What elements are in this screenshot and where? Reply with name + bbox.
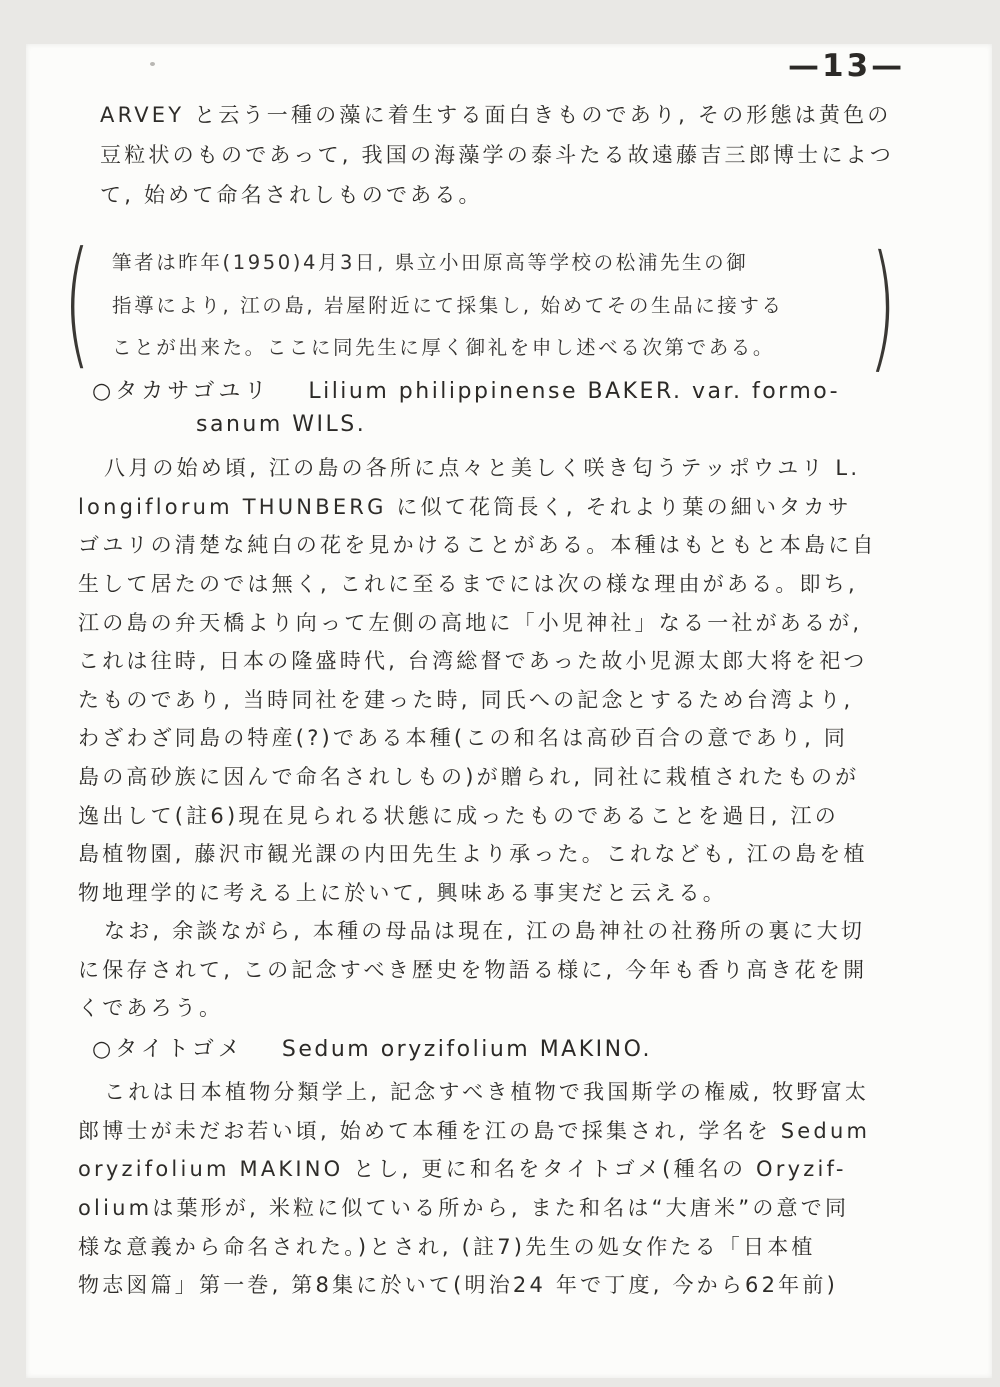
text-line: わざわざ同島の特産(?)である本種(この和名は高砂百合の意であり, 同 <box>78 718 877 757</box>
text-line: oliumは葉形が, 米粒に似ている所から, また和名は“大唐米”の意で同 <box>78 1188 870 1227</box>
text-line: 島植物園, 藤沢市観光課の内田先生より承った。これなども, 江の島を植 <box>78 834 877 873</box>
text-line: 郎博士が未だお若い頃, 始めて本種を江の島で採集され, 学名を Sedum <box>78 1111 870 1150</box>
text-line: 江の島の弁天橋より向って左側の高地に「小児神社」なる一社があるが, <box>78 602 877 641</box>
species-paragraph: これは日本植物分類学上, 記念すべき植物で我国斯学の権威, 牧野富太 郎博士が未… <box>78 1072 870 1304</box>
species-paragraph: 八月の始め頃, 江の島の各所に点々と美しく咲き匂うテッポウユリ L. longi… <box>78 448 877 911</box>
text-line: 八月の始め頃, 江の島の各所に点々と美しく咲き匂うテッポウユリ L. <box>78 448 877 487</box>
text-line: て, 始めて命名されしものである。 <box>100 174 894 214</box>
intro-paragraph: ARVEY と云う一種の藻に着生する面白きものであり, その形態は黄色の 豆粒状… <box>100 94 894 214</box>
author-note-text: 筆者は昨年(1950)4月3日, 県立小田原高等学校の松浦先生の御 指導により,… <box>112 240 784 368</box>
text-line: 筆者は昨年(1950)4月3日, 県立小田原高等学校の松浦先生の御 <box>112 240 784 283</box>
text-line: ゴユリの清楚な純白の花を見かけることがある。本種はもともと本島に自 <box>78 525 877 564</box>
text-line: 物地理学的に考える上に於いて, 興味ある事実だと云える。 <box>78 873 877 912</box>
species-paragraph-aside: なお, 余談ながら, 本種の母品は現在, 江の島神社の社務所の裏に大切 に保存さ… <box>78 911 867 1027</box>
text-line: たものであり, 当時同社を建った時, 同氏への記念とするため台湾より, <box>78 680 877 719</box>
species-japanese-name: ○タカサゴユリ <box>92 374 270 405</box>
page-number: —13— <box>788 48 905 84</box>
text-line: 物志図篇」第一巻, 第8集に於いて(明治24 年で丁度, 今から62年前) <box>78 1265 870 1304</box>
text-line: 様な意義から命名された。)とされ, (註7)先生の処女作たる「日本植 <box>78 1226 870 1265</box>
species-heading: ○タイトゴメ Sedum oryzifolium MAKINO. <box>92 1032 652 1063</box>
text-line: 逸出して(註6)現在見られる状態に成ったものであることを過日, 江の <box>78 795 877 834</box>
scan-speck <box>150 62 155 66</box>
text-line: oryzifolium MAKINO とし, 更に和名をタイトゴメ(種名の Or… <box>78 1149 870 1188</box>
text-line: longiflorum THUNBERG に似て花筒長く, それより葉の細いタカ… <box>78 487 877 526</box>
text-line: ことが出来た。ここに同先生に厚く御礼を申し述べる次第である。 <box>112 325 784 368</box>
open-paren-mark: ( <box>63 234 90 372</box>
text-line: くであろう。 <box>78 988 867 1027</box>
species-latin-name: Sedum oryzifolium MAKINO. <box>282 1037 652 1062</box>
text-line: に保存されて, この記念すべき歴史を物語る様に, 今年も香り高き花を開 <box>78 950 867 989</box>
close-paren-mark: ) <box>868 237 897 377</box>
species-japanese-name: ○タイトゴメ <box>92 1032 244 1063</box>
species-latin-name: Lilium philippinense BAKER. var. formo- <box>308 379 840 404</box>
text-line: ARVEY と云う一種の藻に着生する面白きものであり, その形態は黄色の <box>100 94 894 134</box>
scanned-page: —13— ARVEY と云う一種の藻に着生する面白きものであり, その形態は黄色… <box>0 0 1000 1387</box>
species-latin-name-continued: sanum WILS. <box>196 412 366 437</box>
species-heading: ○タカサゴユリ Lilium philippinense BAKER. var.… <box>92 374 840 405</box>
text-line: これは日本植物分類学上, 記念すべき植物で我国斯学の権威, 牧野富太 <box>78 1072 870 1111</box>
text-line: なお, 余談ながら, 本種の母品は現在, 江の島神社の社務所の裏に大切 <box>78 911 867 950</box>
text-line: 豆粒状のものであって, 我国の海藻学の泰斗たる故遠藤吉三郎博士によつ <box>100 134 894 174</box>
text-line: これは往時, 日本の隆盛時代, 台湾総督であった故小児源太郎大将を祀つ <box>78 641 877 680</box>
text-line: 指導により, 江の島, 岩屋附近にて採集し, 始めてその生品に接する <box>112 283 784 326</box>
text-line: 島の高砂族に因んで命名されしもの)が贈られ, 同社に栽植されたものが <box>78 757 877 796</box>
text-line: 生して居たのでは無く, これに至るまでには次の様な理由がある。即ち, <box>78 564 877 603</box>
